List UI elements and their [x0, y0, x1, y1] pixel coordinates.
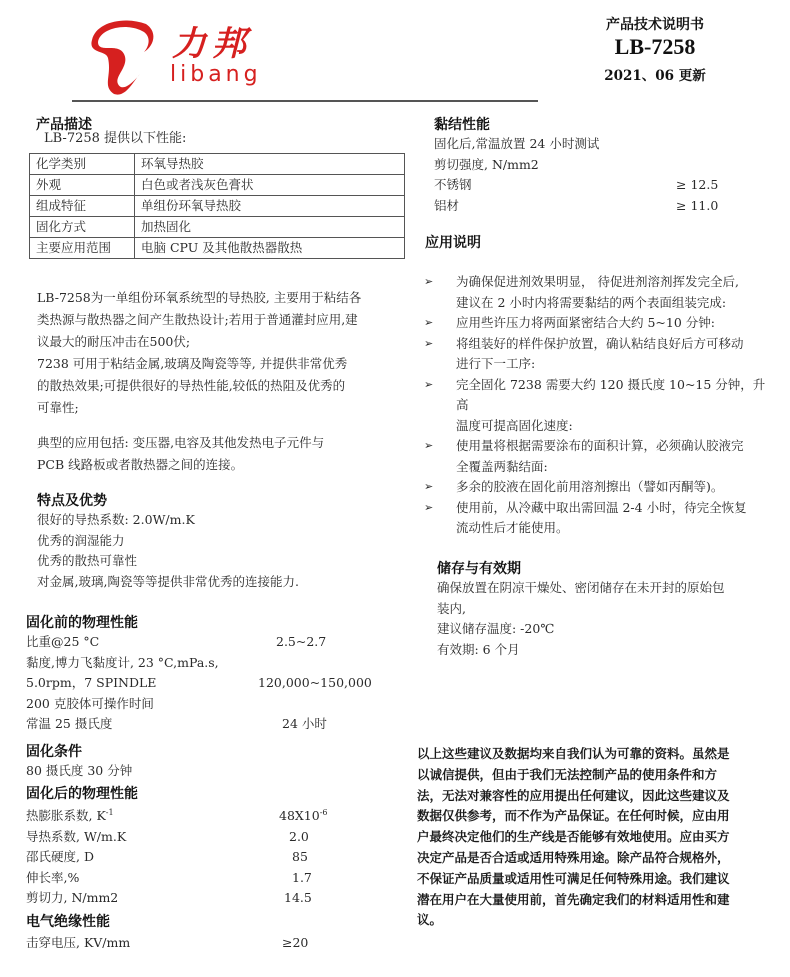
property-row: 热膨胀系数, K-148X10-6 — [26, 803, 406, 827]
property-row: 击穿电压, KV/mm≥20 — [26, 933, 308, 954]
product-model: LB-7258 — [520, 34, 790, 60]
property-row: 200 克胶体可操作时间 — [26, 694, 406, 715]
document-type: 产品技术说明书 — [520, 14, 790, 34]
features-list: 很好的导热系数: 2.0W/m.K 优秀的润湿能力 优秀的散热可靠性 对金属,玻… — [37, 510, 299, 592]
pre-cure-properties: 比重@25 °C2.5~2.7 黏度,博力飞黏度计, 23 °C,mPa.s, … — [26, 632, 406, 735]
property-row: 邵氏硬度, D85 — [26, 847, 406, 868]
logo-english-name: libang — [170, 62, 262, 87]
arrow-bullet-icon: ➢ — [422, 334, 456, 375]
post-cure-properties: 热膨胀系数, K-148X10-6 导热系数, W/m.K2.0 邵氏硬度, D… — [26, 803, 406, 909]
property-row: 黏度,博力飞黏度计, 23 °C,mPa.s, — [26, 653, 406, 674]
table-row: 主要应用范围电脑 CPU 及其他散热器散热 — [30, 238, 405, 259]
update-date: 2021、06 更新 — [520, 64, 790, 84]
arrow-bullet-icon: ➢ — [422, 498, 456, 539]
arrow-bullet-icon: ➢ — [422, 272, 456, 313]
header-divider — [72, 100, 538, 102]
table-row: 外观白色或者浅灰色膏状 — [30, 175, 405, 196]
list-item: 优秀的散热可靠性 — [37, 551, 299, 572]
adhesion-properties: 固化后,常温放置 24 小时测试 剪切强度, N/mm2 不锈钢≥ 12.5 铝… — [434, 134, 734, 216]
arrow-bullet-icon: ➢ — [422, 375, 456, 437]
description-paragraph-1: LB-7258为一单组份环氧系统型的导热胶, 主要用于粘结各 类热源与散热器之间… — [37, 287, 361, 419]
list-item: 对金属,玻璃,陶瓷等等提供非常优秀的连接能力. — [37, 572, 299, 593]
document-header: 产品技术说明书 LB-7258 2021、06 更新 — [520, 14, 790, 84]
section-title-post-cure: 固化后的物理性能 — [26, 783, 138, 803]
section-title-features: 特点及优势 — [37, 490, 107, 510]
description-intro: LB-7258 提供以下性能: — [44, 129, 186, 150]
description-paragraph-2: 典型的应用包括: 变压器,电容及其他发热电子元件与 PCB 线路板或者散热器之间… — [37, 432, 324, 476]
property-row: 导热系数, W/m.K2.0 — [26, 827, 406, 848]
list-item: 很好的导热系数: 2.0W/m.K — [37, 510, 299, 531]
arrow-bullet-icon: ➢ — [422, 477, 456, 498]
property-row: 剪切力, N/mm214.5 — [26, 888, 406, 909]
company-logo: 力邦 libang — [84, 14, 264, 98]
property-row: 不锈钢≥ 12.5 — [434, 175, 734, 196]
cure-conditions-value: 80 摄氏度 30 分钟 — [26, 761, 132, 782]
section-title-electrical: 电气绝缘性能 — [26, 911, 110, 931]
property-row: 常温 25 摄氏度24 小时 — [26, 714, 406, 735]
property-row: 5.0rpm，7 SPINDLE120,000~150,000 — [26, 673, 406, 694]
list-item: ➢将组装好的样件保护放置，确认粘结良好后方可移动进行下一工序: — [422, 334, 772, 375]
property-row: 铝材≥ 11.0 — [434, 196, 734, 217]
list-item: ➢多余的胶液在固化前用溶剂擦出（譬如丙酮等)。 — [422, 477, 772, 498]
logo-chinese-name: 力邦 — [172, 16, 252, 65]
section-title-storage: 储存与有效期 — [437, 558, 521, 578]
property-row: 伸长率,%1.7 — [26, 868, 406, 889]
section-title-adhesion: 黏结性能 — [434, 114, 490, 134]
libang-swirl-icon — [84, 14, 174, 98]
table-row: 固化方式加热固化 — [30, 217, 405, 238]
property-row: 比重@25 °C2.5~2.7 — [26, 632, 406, 653]
table-row: 组成特征单组份环氧导热胶 — [30, 196, 405, 217]
application-instructions: ➢为确保促进剂效果明显， 待促进剂溶剂挥发完全后,建议在 2 小时内将需要黏结的… — [422, 272, 772, 539]
list-item: ➢为确保促进剂效果明显， 待促进剂溶剂挥发完全后,建议在 2 小时内将需要黏结的… — [422, 272, 772, 313]
list-item: ➢完全固化 7238 需要大约 120 摄氏度 10~15 分钟，升高温度可提高… — [422, 375, 772, 437]
list-item: ➢使用量将根据需要涂布的面积计算，必须确认胶液完全覆盖两黏结面: — [422, 436, 772, 477]
disclaimer: 以上这些建议及数据均来自我们认为可靠的资料。虽然是 以诚信提供，但由于我们无法控… — [417, 744, 777, 931]
arrow-bullet-icon: ➢ — [422, 313, 456, 334]
section-title-cure-conditions: 固化条件 — [26, 741, 82, 761]
list-item: 优秀的润湿能力 — [37, 531, 299, 552]
arrow-bullet-icon: ➢ — [422, 436, 456, 477]
list-item: ➢使用前，从冷藏中取出需回温 2-4 小时，待完全恢复流动性后才能使用。 — [422, 498, 772, 539]
section-title-application: 应用说明 — [425, 232, 481, 252]
table-row: 化学类别环氧导热胶 — [30, 154, 405, 175]
properties-table: 化学类别环氧导热胶 外观白色或者浅灰色膏状 组成特征单组份环氧导热胶 固化方式加… — [29, 153, 405, 259]
list-item: ➢应用些许压力将两面紧密结合大约 5~10 分钟: — [422, 313, 772, 334]
section-title-pre-cure: 固化前的物理性能 — [26, 612, 138, 632]
storage-info: 确保放置在阴凉干燥处、密闭储存在未开封的原始包 装内, 建议储存温度: -20℃… — [437, 578, 725, 660]
